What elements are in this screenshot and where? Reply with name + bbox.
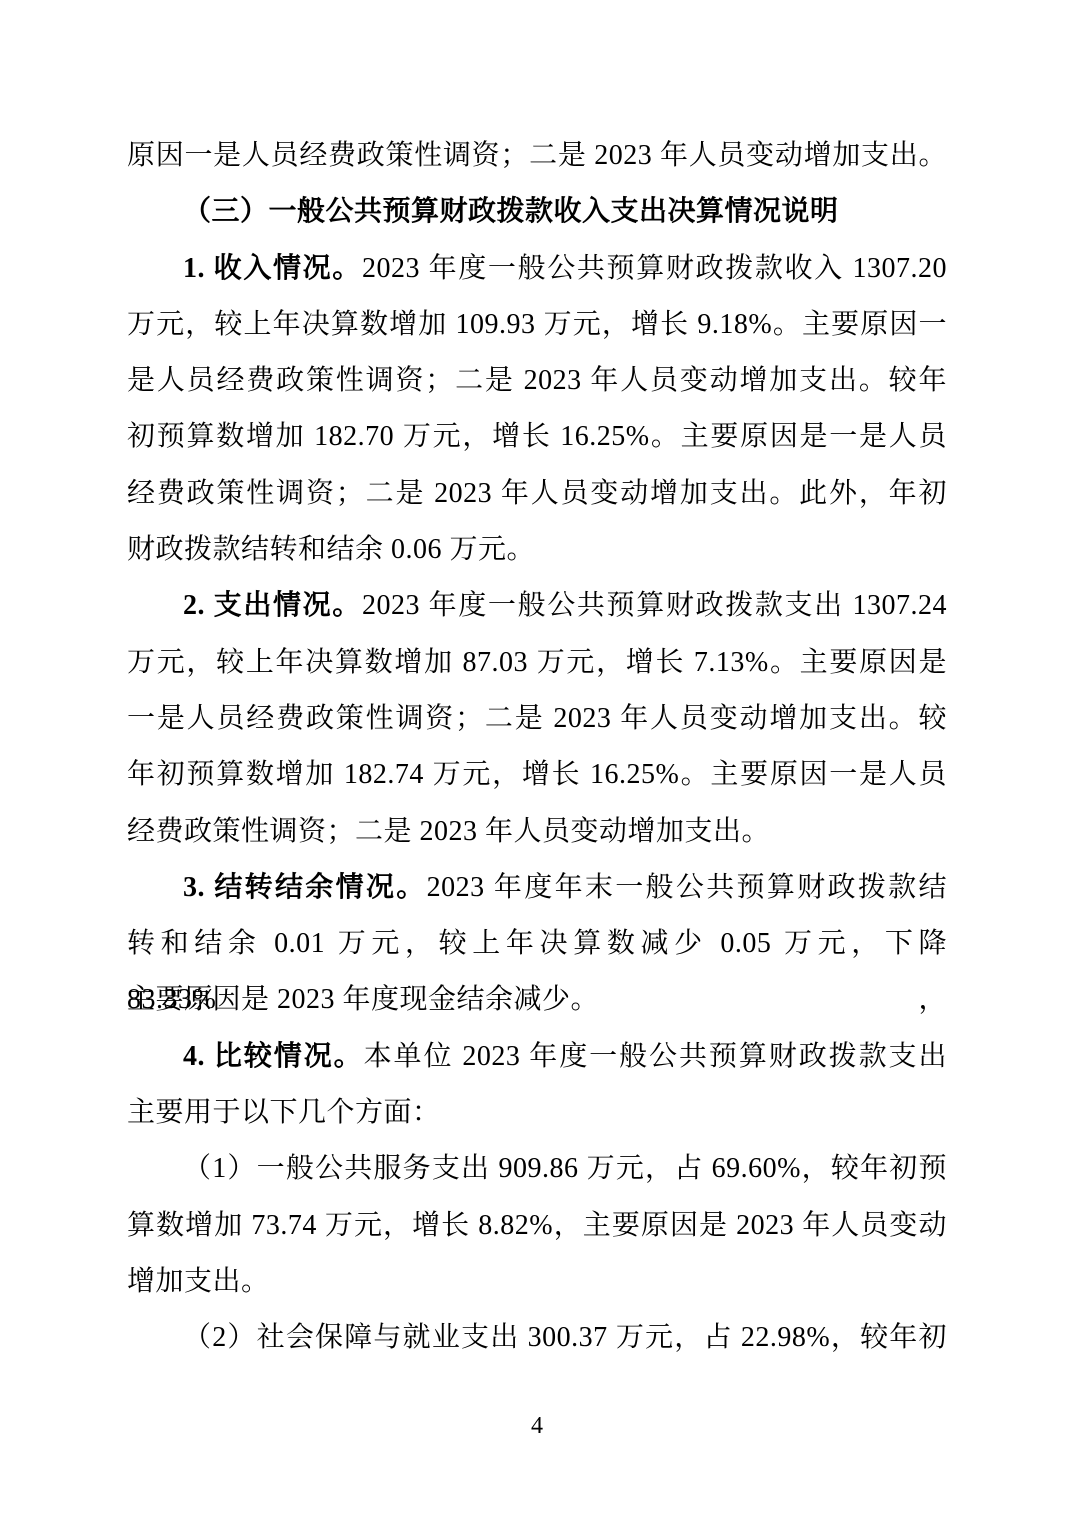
body-text-run: 本单位 2023 年度一般公共预算财政拨款支出 [364, 1041, 947, 1072]
heading-run: （三）一般公共预算财政拨款收入支出决算情况说明 [183, 196, 839, 227]
text-line: 算数增加 73.74 万元，增长 8.82%，主要原因是 2023 年人员变动 [127, 1198, 947, 1254]
body-text-run: （1）一般公共服务支出 909.86 万元，占 69.60%，较年初预 [183, 1153, 947, 1184]
body-text-run: 经费政策性调资；二是 2023 年人员变动增加支出。 [127, 816, 770, 847]
text-line: 转和结余 0.01 万元，较上年决算数减少 0.05 万元，下降 83.33%， [127, 916, 947, 972]
text-line: 2. 支出情况。2023 年度一般公共预算财政拨款支出 1307.24 [127, 578, 947, 634]
page-number: 4 [0, 1410, 1074, 1442]
text-line: （三）一般公共预算财政拨款收入支出决算情况说明 [127, 184, 947, 240]
text-line: 年初预算数增加 182.74 万元，增长 16.25%。主要原因一是人员 [127, 747, 947, 803]
heading-run: 3. 结转结余情况。 [183, 872, 427, 903]
body-text-run: （2）社会保障与就业支出 300.37 万元，占 22.98%，较年初 [183, 1322, 947, 1353]
text-line: 一是人员经费政策性调资；二是 2023 年人员变动增加支出。较 [127, 691, 947, 747]
body-text-run: 经费政策性调资；二是 2023 年人员变动增加支出。此外，年初 [127, 478, 947, 509]
text-line: 1. 收入情况。2023 年度一般公共预算财政拨款收入 1307.20 [127, 241, 947, 297]
heading-run: 2. 支出情况。 [183, 590, 362, 621]
text-line: 初预算数增加 182.70 万元，增长 16.25%。主要原因是一是人员 [127, 409, 947, 465]
text-line: 万元，较上年决算数增加 109.93 万元，增长 9.18%。主要原因一 [127, 297, 947, 353]
body-text-run: 算数增加 73.74 万元，增长 8.82%，主要原因是 2023 年人员变动 [127, 1210, 947, 1241]
body-text-run: 万元，较上年决算数增加 87.03 万元，增长 7.13%。主要原因是 [127, 647, 947, 678]
body-text-run: 初预算数增加 182.70 万元，增长 16.25%。主要原因是一是人员 [127, 421, 947, 452]
text-line: 经费政策性调资；二是 2023 年人员变动增加支出。此外，年初 [127, 466, 947, 522]
body-text-run: 主要用于以下几个方面： [127, 1097, 441, 1128]
text-line: 增加支出。 [127, 1254, 947, 1310]
body-text-run: 2023 年度年末一般公共预算财政拨款结 [427, 872, 947, 903]
text-line: 原因一是人员经费政策性调资；二是 2023 年人员变动增加支出。 [127, 128, 947, 184]
body-text-run: 万元，较上年决算数增加 109.93 万元，增长 9.18%。主要原因一 [127, 309, 947, 340]
body-text-run: 增加支出。 [127, 1266, 270, 1297]
text-line: 经费政策性调资；二是 2023 年人员变动增加支出。 [127, 804, 947, 860]
text-line: 财政拨款结转和结余 0.06 万元。 [127, 522, 947, 578]
heading-run: 4. 比较情况。 [183, 1041, 364, 1072]
text-line: 主要用于以下几个方面： [127, 1085, 947, 1141]
text-line: （1）一般公共服务支出 909.86 万元，占 69.60%，较年初预 [127, 1141, 947, 1197]
text-line: 是人员经费政策性调资；二是 2023 年人员变动增加支出。较年 [127, 353, 947, 409]
body-text-run: 2023 年度一般公共预算财政拨款收入 1307.20 [362, 253, 947, 284]
body-text-run: 原因一是人员经费政策性调资；二是 2023 年人员变动增加支出。 [127, 140, 947, 171]
text-line: （2）社会保障与就业支出 300.37 万元，占 22.98%，较年初 [127, 1310, 947, 1366]
text-line: 4. 比较情况。本单位 2023 年度一般公共预算财政拨款支出 [127, 1029, 947, 1085]
body-text-run: 财政拨款结转和结余 0.06 万元。 [127, 534, 535, 565]
body-text-run: 2023 年度一般公共预算财政拨款支出 1307.24 [362, 590, 947, 621]
document-body: 原因一是人员经费政策性调资；二是 2023 年人员变动增加支出。 （三）一般公共… [127, 128, 947, 1367]
body-text-run: 是人员经费政策性调资；二是 2023 年人员变动增加支出。较年 [127, 365, 947, 396]
body-text-run: 年初预算数增加 182.74 万元，增长 16.25%。主要原因一是人员 [127, 759, 947, 790]
body-text-run: 一是人员经费政策性调资；二是 2023 年人员变动增加支出。较 [127, 703, 947, 734]
document-page: 原因一是人员经费政策性调资；二是 2023 年人员变动增加支出。 （三）一般公共… [0, 0, 1074, 1520]
text-line: 万元，较上年决算数增加 87.03 万元，增长 7.13%。主要原因是 [127, 635, 947, 691]
heading-run: 1. 收入情况。 [183, 253, 362, 284]
body-text-run: 主要原因是 2023 年度现金结余减少。 [127, 984, 599, 1015]
text-line: 3. 结转结余情况。2023 年度年末一般公共预算财政拨款结 [127, 860, 947, 916]
